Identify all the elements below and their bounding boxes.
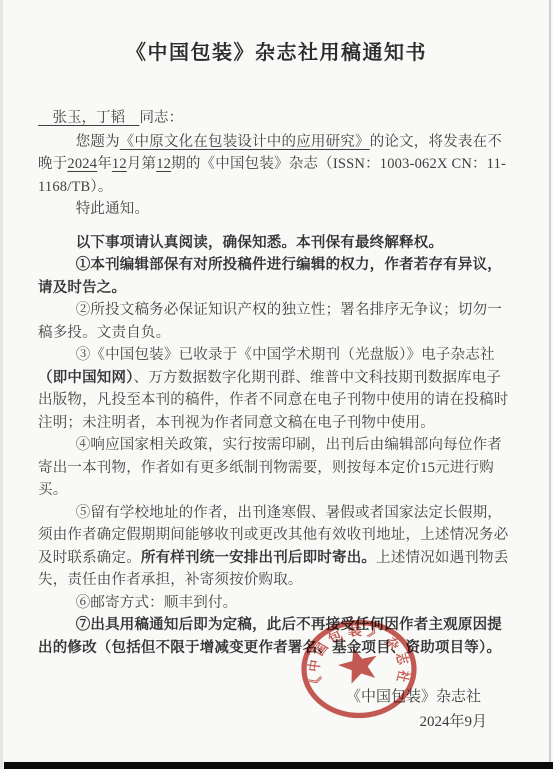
signature-block: 《中国包装》杂志社 2024年9月: [38, 685, 515, 735]
text-run: 张玉，丁韬: [38, 110, 140, 126]
text-run: ④响应国家相关政策，实行按需印刷，出刊后由编辑部向每位作者寄出一本刊物，作者如有…: [38, 437, 502, 498]
signature: 《中国包装》杂志社: [38, 685, 515, 709]
document-body: 您题为《中原文化在包装设计中的应用研究》的论文，将发表在不晚于2024年12月第…: [38, 131, 515, 660]
text-run: 您题为: [76, 134, 120, 150]
paragraph: 您题为《中原文化在包装设计中的应用研究》的论文，将发表在不晚于2024年12月第…: [38, 131, 515, 199]
document-content: 《中国包装》杂志社用稿通知书 张玉，丁韬 同志： 您题为《中原文化在包装设计中的…: [38, 30, 515, 735]
text-run: （即中国知网）: [38, 370, 134, 386]
text-run: 所有样刊统一安排出刊后即时寄出。: [141, 550, 376, 566]
paragraph: ③《中国包装》已收录于《中国学术期刊（光盘版）》电子杂志社（即中国知网）、万方数…: [38, 344, 515, 434]
text-run: 以下事项请认真阅读，确保知悉。本刊保有最终解释权。: [76, 235, 444, 251]
paragraph: ④响应国家相关政策，实行按需印刷，出刊后由编辑部向每位作者寄出一本刊物，作者如有…: [38, 434, 515, 502]
paragraph: 以下事项请认真阅读，确保知悉。本刊保有最终解释权。: [38, 232, 515, 255]
text-run: 同志：: [140, 110, 184, 126]
paragraph: ⑦出具用稿通知后即为定稿，此后不再接受任何因作者主观原因提出的修改（包括但不限于…: [38, 614, 515, 659]
text-run: 2024: [67, 156, 97, 172]
text-run: 《中原文化在包装设计中的应用研究》: [120, 134, 370, 150]
text-run: 特此通知。: [76, 201, 150, 217]
scan-bottom-edge: [4, 762, 553, 769]
paragraph: ①本刊编辑部保有对所投稿件进行编辑的权力，作者若存有异议，请及时告之。: [38, 254, 515, 299]
text-run: ①本刊编辑部保有对所投稿件进行编辑的权力，作者若存有异议，请及时告之。: [38, 257, 502, 296]
text-run: ③《中国包装》已收录于《中国学术期刊（光盘版）》电子杂志社: [76, 347, 495, 363]
scan-right-edge: [549, 0, 551, 769]
signature-date: 2024年9月: [38, 709, 515, 735]
paragraph: 特此通知。: [38, 198, 515, 221]
salutation: 张玉，丁韬 同志：: [38, 107, 515, 130]
scan-left-edge: [0, 0, 3, 769]
paragraph: ②所投文稿务必保证知识产权的独立性；署名排序无争议；切勿一稿多投。文责自负。: [38, 299, 515, 344]
paragraph: ⑤留有学校地址的作者，出刊逢寒假、暑假或者国家法定长假期，须由作者确定假期期间能…: [38, 502, 515, 592]
notice-page: 《中国包装》杂志社用稿通知书 张玉，丁韬 同志： 您题为《中原文化在包装设计中的…: [0, 0, 553, 769]
text-run: ⑦出具用稿通知后即为定稿，此后不再接受任何因作者主观原因提出的修改（包括但不限于…: [38, 617, 502, 656]
text-run: 12: [112, 156, 127, 172]
text-run: ②所投文稿务必保证知识产权的独立性；署名排序无争议；切勿一稿多投。文责自负。: [38, 302, 502, 341]
document-title: 《中国包装》杂志社用稿通知书: [38, 36, 515, 65]
text-run: 月第: [127, 156, 156, 172]
text-run: 12: [156, 156, 171, 172]
text-run: ⑥邮寄方式：顺丰到付。: [76, 595, 238, 611]
text-run: 年: [97, 156, 112, 172]
paragraph: ⑥邮寄方式：顺丰到付。: [38, 592, 515, 615]
